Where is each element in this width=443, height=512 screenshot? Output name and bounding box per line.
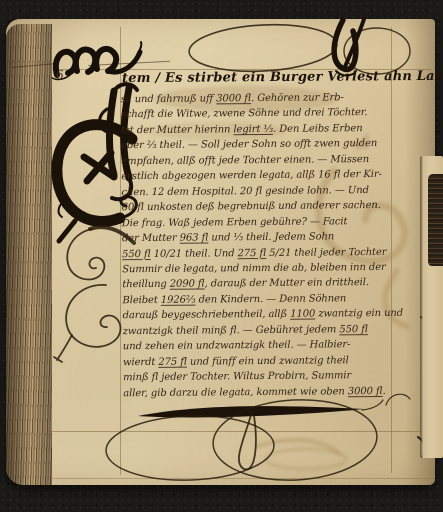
manuscript-page: J 6 tem / Es stirbet ein Burger V bbox=[6, 19, 435, 485]
manuscript-photo: J 6 tem / Es stirbet ein Burger V bbox=[0, 0, 443, 512]
pen-flourishes bbox=[6, 19, 437, 485]
facing-page-edge bbox=[420, 156, 443, 458]
facing-page-border-ornament bbox=[428, 174, 443, 266]
